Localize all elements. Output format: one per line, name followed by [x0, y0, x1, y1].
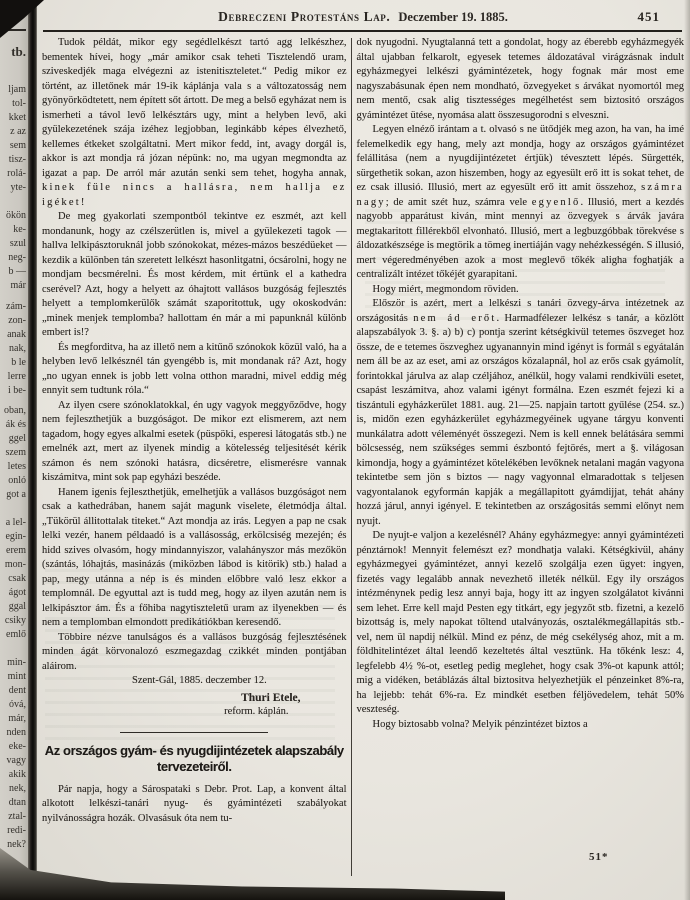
newspaper-page: tb.ljamtol-kketz azsemtisz-rolá-yte-ökön… — [0, 0, 690, 900]
body-text: Tudok példát, mikor egy segédlelkészt ta… — [42, 37, 347, 179]
margin-text-fragment: oban, — [4, 405, 26, 416]
margin-text-fragment: zon- — [8, 315, 26, 326]
column-divider-rule — [351, 38, 352, 876]
margin-text-fragment: ggel — [9, 433, 26, 444]
body-text: De nyujt-e valjon a kezelésnél? Ahány eg… — [357, 530, 684, 715]
paragraph: Pár napja, hogy a Sárospataki s Debr. Pr… — [42, 783, 347, 827]
margin-text-fragment: yte- — [10, 182, 26, 193]
body-text: Hanem igenis fejleszthetjük, emelhetjük … — [42, 487, 347, 629]
body-text: . Harmadfélezer lelkész s tanár, a közlö… — [357, 313, 684, 527]
body-text: . Illusió, mert a kezdés nagyobb apparát… — [357, 197, 684, 281]
margin-text-fragment: onló — [8, 475, 26, 486]
dateline: Szent-Gál, 1885. deczember 12. — [42, 674, 347, 689]
body-text: Az ilyen csere szónoklatokkal, én ugy va… — [42, 400, 347, 484]
header-rule — [43, 30, 682, 32]
binding-shadow-bar — [28, 0, 37, 900]
margin-text-fragment: tol- — [12, 98, 26, 109]
issue-date: Deczember 19. 1885. — [398, 10, 507, 24]
emphasized-spaced-text: kinek füle nincs a hallásra, nem hallja … — [42, 182, 347, 208]
paragraph: Hanem igenis fejleszthetjük, emelhetjük … — [42, 486, 347, 631]
body-text: De meg gyakorlati szempontból tekintve e… — [42, 211, 347, 338]
margin-text-fragment: ztal- — [8, 811, 26, 822]
emphasized-spaced-text: egyenlő — [532, 197, 581, 208]
margin-text-fragment: dtan — [9, 797, 26, 808]
margin-text-fragment: dent — [9, 685, 26, 696]
margin-text-fragment: nek, — [9, 783, 26, 794]
paragraph: És megforditva, ha az illető nem a kitűn… — [42, 341, 347, 399]
margin-text-fragment: ke- — [13, 224, 26, 235]
page-number: 451 — [638, 9, 661, 25]
emphasized-spaced-text: nem ád erőt — [413, 313, 496, 324]
journal-title: Debreczeni Protestáns Lap. — [218, 9, 390, 24]
article-heading: Az országos gyám- és nyugdijintézetek al… — [42, 743, 347, 776]
margin-text-fragment: ák és — [6, 419, 26, 430]
paragraph: De meg gyakorlati szempontból tekintve e… — [42, 210, 347, 341]
margin-text-fragment: rolá- — [7, 168, 26, 179]
page-right-edge-shade — [684, 0, 690, 900]
margin-text-fragment: ljam — [8, 84, 26, 95]
page-header: Debreczeni Protestáns Lap. Deczember 19.… — [42, 8, 684, 29]
margin-text-fragment: már, — [8, 713, 26, 724]
body-text: Hogy biztosabb volna? Melyik pénzintézet… — [373, 719, 588, 730]
paragraph: Legyen elnéző irántam a t. olvasó s ne ü… — [357, 123, 684, 283]
margin-text-fragment: lerre — [8, 371, 26, 382]
margin-text-fragment: b — — [9, 266, 27, 277]
margin-text-fragment: szul — [10, 238, 26, 249]
margin-text-fragment: eke- — [9, 741, 26, 752]
body-text: Legyen elnéző irántam a t. olvasó s ne ü… — [357, 124, 684, 193]
margin-text-fragment: akik — [9, 769, 26, 780]
article-separator-rule — [120, 732, 268, 733]
paragraph: De nyujt-e valjon a kezelésnél? Ahány eg… — [357, 529, 684, 718]
margin-text-fragment: már — [10, 280, 26, 291]
margin-text-fragment: ágot — [9, 587, 26, 598]
margin-text-fragment: anak — [7, 329, 26, 340]
paragraph: Tudok példát, mikor egy segédlelkészt ta… — [42, 36, 347, 210]
margin-text-fragment: mon- — [5, 559, 26, 570]
margin-text-fragment: mint — [8, 671, 26, 682]
margin-text-fragment: emlő — [6, 629, 26, 640]
body-text: ; de amit szét huz, számra vele — [386, 197, 532, 208]
margin-text-fragment: i be- — [8, 385, 26, 396]
margin-text-fragment: z az — [10, 126, 26, 137]
margin-text-fragment: ggal — [9, 601, 26, 612]
page-content: Debreczeni Protestáns Lap. Deczember 19.… — [37, 0, 690, 900]
margin-text-fragment: tb. — [11, 46, 26, 57]
margin-text-fragment: nak, — [9, 343, 26, 354]
margin-text-fragment: ökön — [6, 210, 26, 221]
body-text: És megforditva, ha az illető nem a kitűn… — [42, 342, 347, 397]
paragraph: Többire nézve tanulságos és a vallásos b… — [42, 631, 347, 675]
margin-text-fragment: óvá, — [9, 699, 26, 710]
margin-text-fragment: csak — [8, 573, 26, 584]
margin-text-fragment: nek? — [7, 839, 26, 850]
right-column: dok nyugodni. Nyugtalanná tett a gondola… — [357, 36, 684, 894]
column-area: Tudok példát, mikor egy segédlelkészt ta… — [42, 36, 684, 894]
margin-text-fragment: kket — [9, 112, 26, 123]
body-text: dok nyugodni. Nyugtalanná tett a gondola… — [357, 37, 684, 121]
paragraph: Hogy miért, megmondom röviden. — [357, 283, 684, 298]
paragraph: dok nyugodni. Nyugtalanná tett a gondola… — [357, 36, 684, 123]
signature-role: reform. káplán. — [42, 705, 347, 720]
margin-text-fragment: b le — [11, 357, 26, 368]
body-text: Hogy miért, megmondom röviden. — [373, 284, 519, 295]
margin-text-fragment: sem — [10, 140, 26, 151]
margin-text-fragment: vagy — [7, 755, 26, 766]
left-column: Tudok példát, mikor egy segédlelkészt ta… — [42, 36, 347, 894]
paragraph: Hogy biztosabb volna? Melyik pénzintézet… — [357, 718, 684, 733]
margin-text-fragment: min- — [7, 657, 26, 668]
margin-text-fragment: erem — [6, 545, 26, 556]
margin-text-fragment: letes — [8, 461, 26, 472]
margin-text-fragment: a lel- — [6, 517, 26, 528]
margin-text-fragment: csiky — [5, 615, 26, 626]
margin-text-fragment: got a — [6, 489, 26, 500]
margin-text-fragment: redi- — [7, 825, 26, 836]
margin-text-fragment: zám- — [6, 301, 26, 312]
gutter-strip: tb.ljamtol-kketz azsemtisz-rolá-yte-ökön… — [0, 0, 28, 900]
margin-text-fragment: neg- — [8, 252, 26, 263]
sheet-signature-mark: 51* — [589, 851, 609, 863]
margin-text-fragment: nden — [7, 727, 26, 738]
body-text: Többire nézve tanulságos és a vallásos b… — [42, 632, 347, 672]
signature-name: Thuri Etele, — [42, 691, 347, 706]
margin-text-fragment: tisz- — [9, 154, 26, 165]
margin-text-fragment: egin- — [5, 531, 26, 542]
margin-text-fragment: szem — [5, 447, 26, 458]
paragraph: Először is azért, mert a lelkészi s taná… — [357, 297, 684, 529]
body-text: Pár napja, hogy a Sárospataki s Debr. Pr… — [42, 784, 347, 824]
paragraph: Az ilyen csere szónoklatokkal, én ugy va… — [42, 399, 347, 486]
